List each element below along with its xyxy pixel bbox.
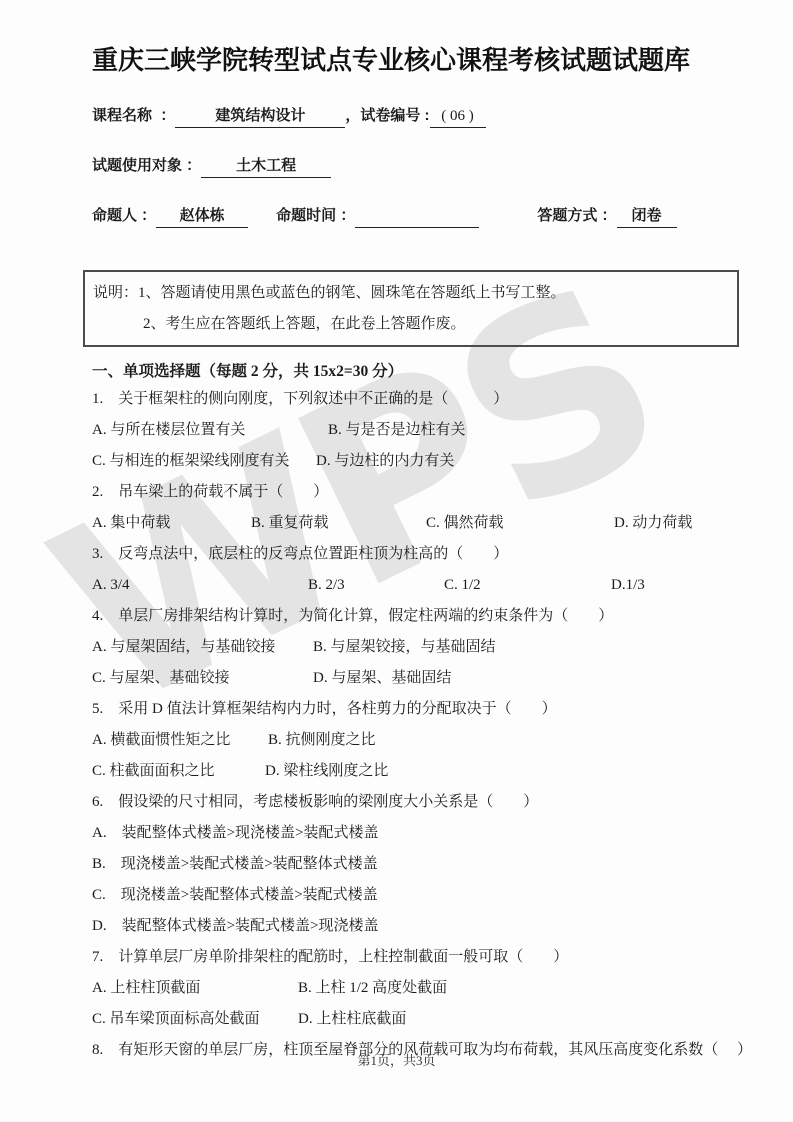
question-7-option-d: D. 上柱柱底截面	[298, 1009, 406, 1030]
notice-box: 说明：1、答题请使用黑色或蓝色的钢笔、圆珠笔在答题纸上书写工整。 2、考生应在答…	[83, 270, 739, 347]
question-2-options-row: A. 集中荷载 B. 重复荷载 C. 偶然荷载 D. 动力荷载	[92, 513, 736, 534]
question-3-option-b: B. 2/3	[308, 575, 444, 596]
question-6: 6. 假设梁的尺寸相同，考虑楼板影响的梁刚度大小关系是（ ） A. 装配整体式楼…	[92, 792, 736, 937]
question-5-stem: 5. 采用 D 值法计算框架结构内力时，各柱剪力的分配取决于（ ）	[92, 699, 736, 720]
question-3-option-c: C. 1/2	[444, 575, 611, 596]
question-4-option-a: A. 与屋架固结，与基础铰接	[92, 637, 313, 658]
question-4-option-d: D. 与屋架、基础固结	[313, 668, 451, 689]
question-7-options-row-1: A. 上柱柱顶截面 B. 上柱 1/2 高度处截面	[92, 978, 736, 999]
author-value-blank: 赵体栋	[156, 205, 248, 228]
exam-page: WPS 重庆三峡学院转型试点专业核心课程考核试题试题库 课程名称 ：建筑结构设计…	[0, 0, 793, 1122]
section-heading: 一、单项选择题（每题 2 分，共 15x2=30 分）	[92, 361, 736, 382]
question-7-option-c: C. 吊车梁顶面标高处截面	[92, 1009, 298, 1030]
question-4: 4. 单层厂房排架结构计算时，为简化计算，假定柱两端的约束条件为（ ） A. 与…	[92, 606, 736, 689]
question-6-stem: 6. 假设梁的尺寸相同，考虑楼板影响的梁刚度大小关系是（ ）	[92, 792, 736, 813]
page-title: 重庆三峡学院转型试点专业核心课程考核试题试题库	[92, 0, 736, 78]
page-number-footer: 第1页，共3页	[0, 1050, 793, 1069]
question-2-option-b: B. 重复荷载	[251, 513, 426, 534]
notice-line-1: 说明：1、答题请使用黑色或蓝色的钢笔、圆珠笔在答题纸上书写工整。	[93, 283, 729, 304]
question-3-options-row: A. 3/4 B. 2/3 C. 1/2 D.1/3	[92, 575, 736, 596]
question-1: 1. 关于框架柱的侧向刚度，下列叙述中不正确的是（ ） A. 与所在楼层位置有关…	[92, 389, 736, 472]
question-2: 2. 吊车梁上的荷载不属于（ ） A. 集中荷载 B. 重复荷载 C. 偶然荷载…	[92, 482, 736, 534]
course-label: 课程名称 ：	[92, 107, 175, 124]
question-5-option-d: D. 梁柱线刚度之比	[265, 761, 388, 782]
question-2-option-a: A. 集中荷载	[92, 513, 251, 534]
question-6-option-a: A. 装配整体式楼盖>现浇楼盖>装配式楼盖	[92, 823, 736, 844]
notice-line-2: 2、考生应在答题纸上答题，在此卷上答题作废。	[93, 314, 729, 335]
question-5-option-b: B. 抗侧刚度之比	[268, 730, 376, 751]
paper-no-label: ，试卷编号 :	[345, 107, 429, 124]
question-6-option-d: D. 装配整体式楼盖>装配式楼盖>现浇楼盖	[92, 916, 736, 937]
course-value-blank: 建筑结构设计	[175, 105, 345, 128]
question-2-option-d: D. 动力荷载	[614, 513, 692, 534]
question-1-option-d: D. 与边柱的内力有关	[316, 451, 454, 472]
author-label: 命题人 ：	[92, 207, 156, 224]
question-5: 5. 采用 D 值法计算框架结构内力时，各柱剪力的分配取决于（ ） A. 横截面…	[92, 699, 736, 782]
question-5-options-row-2: C. 柱截面面积之比 D. 梁柱线刚度之比	[92, 761, 736, 782]
mode-label: 答题方式 ：	[537, 207, 616, 224]
mode-value-blank: 闭卷	[617, 205, 677, 228]
question-7: 7. 计算单层厂房单阶排架柱的配筋时，上柱控制截面一般可取（ ） A. 上柱柱顶…	[92, 947, 736, 1030]
question-1-option-c: C. 与相连的框架梁线刚度有关	[92, 451, 316, 472]
question-3-stem: 3. 反弯点法中，底层柱的反弯点位置距柱顶为柱高的（ ）	[92, 544, 736, 565]
question-7-stem: 7. 计算单层厂房单阶排架柱的配筋时，上柱控制截面一般可取（ ）	[92, 947, 736, 968]
question-4-options-row-1: A. 与屋架固结，与基础铰接 B. 与屋架铰接，与基础固结	[92, 637, 736, 658]
question-1-option-b: B. 与是否是边柱有关	[328, 420, 466, 441]
question-4-option-c: C. 与屋架、基础铰接	[92, 668, 313, 689]
question-4-options-row-2: C. 与屋架、基础铰接 D. 与屋架、基础固结	[92, 668, 736, 689]
question-1-options-row-2: C. 与相连的框架梁线刚度有关 D. 与边柱的内力有关	[92, 451, 736, 472]
question-6-option-b: B. 现浇楼盖>装配式楼盖>装配整体式楼盖	[92, 854, 736, 875]
time-value-blank	[355, 227, 479, 228]
question-1-stem: 1. 关于框架柱的侧向刚度，下列叙述中不正确的是（ ）	[92, 389, 736, 410]
paper-no-value-blank: ( 06 )	[430, 105, 486, 128]
question-3: 3. 反弯点法中，底层柱的反弯点位置距柱顶为柱高的（ ） A. 3/4 B. 2…	[92, 544, 736, 596]
question-2-option-c: C. 偶然荷载	[426, 513, 614, 534]
question-1-options-row-1: A. 与所在楼层位置有关 B. 与是否是边柱有关	[92, 420, 736, 441]
audience-value-blank: 土木工程	[201, 155, 331, 178]
question-3-option-d: D.1/3	[611, 575, 645, 596]
question-5-option-a: A. 横截面惯性矩之比	[92, 730, 268, 751]
time-label: 命题时间 ：	[276, 207, 355, 224]
question-4-option-b: B. 与屋架铰接，与基础固结	[313, 637, 496, 658]
question-7-option-a: A. 上柱柱顶截面	[92, 978, 298, 999]
question-5-option-c: C. 柱截面面积之比	[92, 761, 265, 782]
question-1-option-a: A. 与所在楼层位置有关	[92, 420, 328, 441]
question-7-options-row-2: C. 吊车梁顶面标高处截面 D. 上柱柱底截面	[92, 1009, 736, 1030]
question-3-option-a: A. 3/4	[92, 575, 308, 596]
question-5-options-row-1: A. 横截面惯性矩之比 B. 抗侧刚度之比	[92, 730, 736, 751]
question-6-option-c: C. 现浇楼盖>装配整体式楼盖>装配式楼盖	[92, 885, 736, 906]
header-row-course: 课程名称 ：建筑结构设计，试卷编号 :( 06 )	[92, 104, 736, 128]
page-content: 重庆三峡学院转型试点专业核心课程考核试题试题库 课程名称 ：建筑结构设计，试卷编…	[0, 0, 793, 1061]
question-7-option-b: B. 上柱 1/2 高度处截面	[298, 978, 447, 999]
question-4-stem: 4. 单层厂房排架结构计算时，为简化计算，假定柱两端的约束条件为（ ）	[92, 606, 736, 627]
audience-label: 试题使用对象 ：	[92, 157, 201, 174]
header-row-author: 命题人 ：赵体栋命题时间 ：答题方式 ：闭卷	[92, 204, 736, 228]
question-2-stem: 2. 吊车梁上的荷载不属于（ ）	[92, 482, 736, 503]
header-row-audience: 试题使用对象 ：土木工程	[92, 154, 736, 178]
